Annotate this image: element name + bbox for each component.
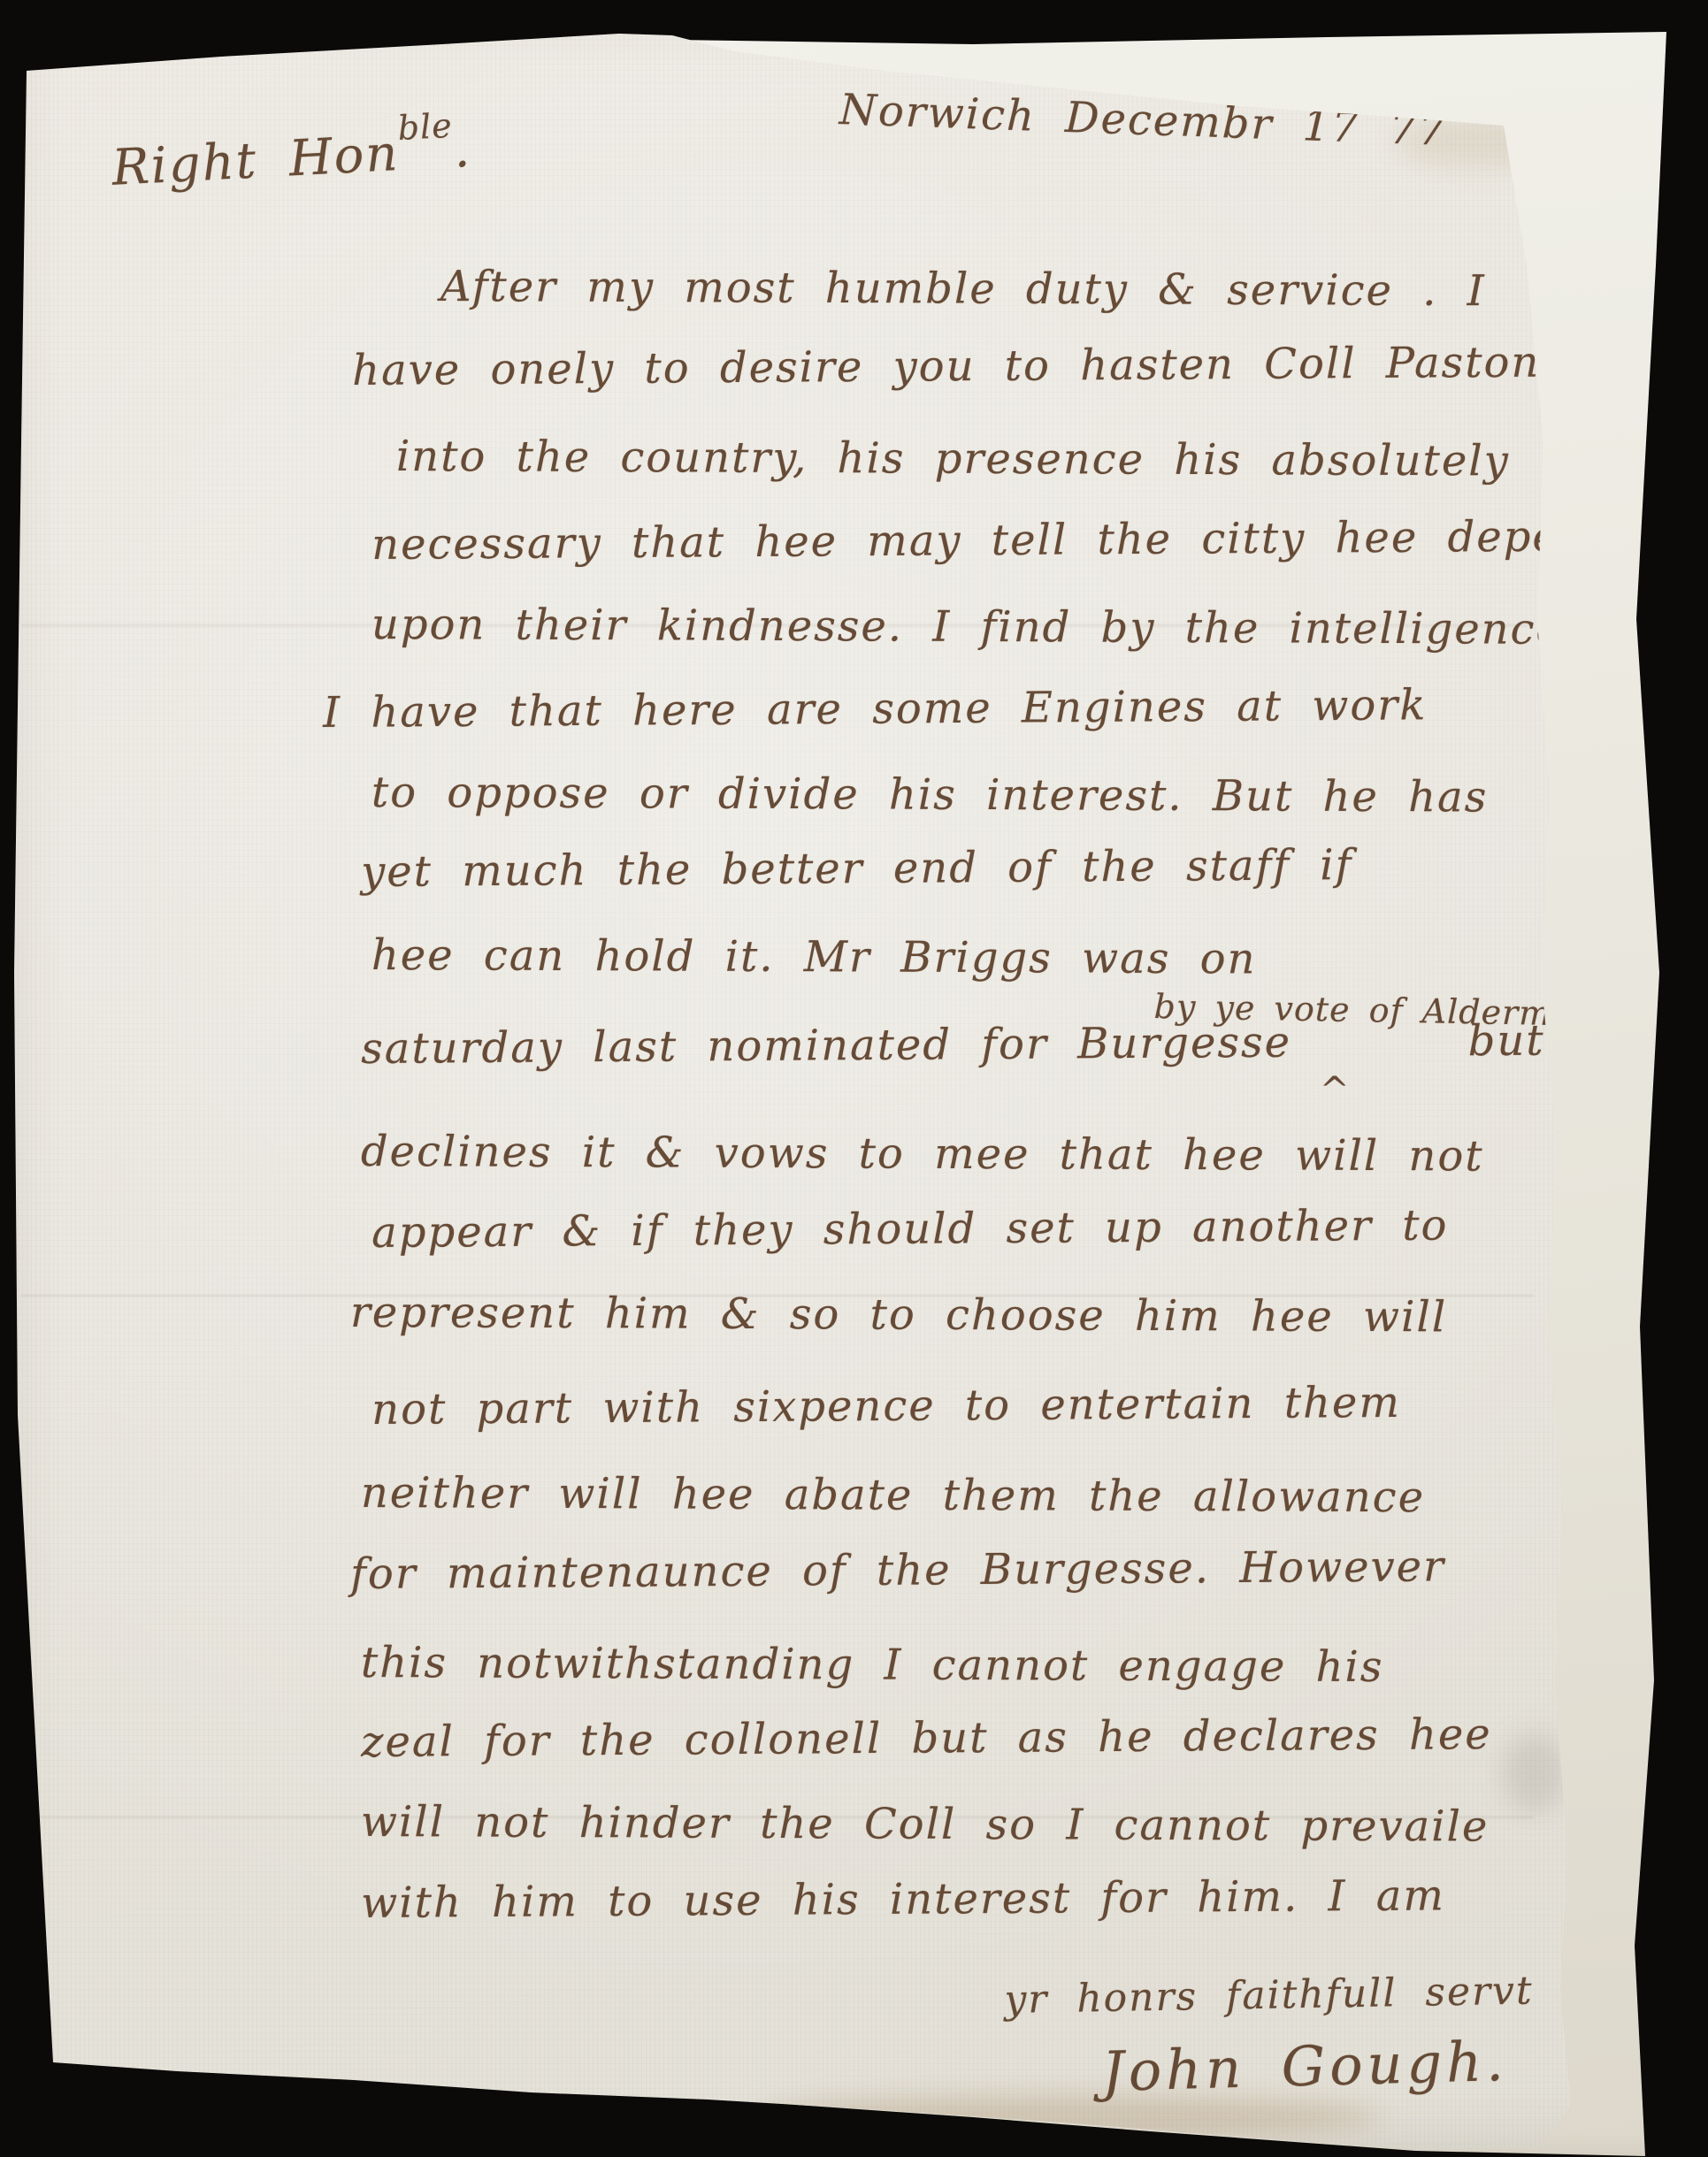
body-line-9: hee can hold it. Mr Briggs was on bbox=[371, 934, 1257, 980]
body-line-2: have onely to desire you to hasten Coll … bbox=[352, 341, 1540, 392]
insertion-caret: ^ bbox=[1320, 1070, 1352, 1111]
body-line-12: appear & if they should set up another t… bbox=[371, 1205, 1449, 1254]
body-line-15: neither will hee abate them the allowanc… bbox=[361, 1472, 1425, 1518]
body-line-13: represent him & so to choose him hee wil… bbox=[350, 1291, 1447, 1338]
salutation-superscript: ble bbox=[397, 106, 454, 148]
body-line-6: I have that here are some Engines at wor… bbox=[323, 684, 1427, 734]
letter-page: BL/Y/2/45 Right Honble. Norwich Decembr … bbox=[0, 0, 1708, 2157]
body-line-14: not part with sixpence to entertain them bbox=[371, 1381, 1401, 1431]
body-line-16: for maintenaunce of the Burgesse. Howeve… bbox=[350, 1545, 1445, 1595]
body-line-1: After my most humble duty & service . I bbox=[440, 265, 1486, 312]
photograph-background: BL/Y/2/45 Right Honble. Norwich Decembr … bbox=[0, 0, 1708, 2157]
body-line-19: will not hinder the Coll so I cannot pre… bbox=[361, 1801, 1490, 1848]
body-line-7: to oppose or divide his interest. But he… bbox=[371, 771, 1489, 819]
body-line-4: necessary that hee may tell the citty he… bbox=[371, 515, 1641, 566]
body-line-5: upon their kindnesse. I find by the inte… bbox=[371, 603, 1563, 651]
salutation-period: . bbox=[452, 121, 472, 180]
signature: John Gough. bbox=[1101, 2029, 1509, 2104]
body-line-18: zeal for the collonell but as he declare… bbox=[361, 1713, 1492, 1763]
body-line-3: into the country, his presence his absol… bbox=[396, 435, 1510, 482]
body-line-8: yet much the better end of the staff if bbox=[361, 844, 1353, 893]
body-line-11: declines it & vows to mee that hee will … bbox=[361, 1130, 1484, 1178]
body-line-17: this notwithstanding I cannot engage his bbox=[361, 1641, 1384, 1688]
interlineation: by ye vote of Alderm bbox=[1153, 987, 1551, 1033]
salutation: Right Honble. bbox=[111, 121, 473, 197]
salutation-text: Right Hon bbox=[111, 125, 401, 197]
pencil-smudge bbox=[1504, 1733, 1566, 1813]
paper-stain bbox=[761, 2094, 1380, 2140]
body-line-20: with him to use his interest for him. I … bbox=[361, 1874, 1445, 1924]
closing-line: yr honrs faithfull servt bbox=[1004, 1969, 1534, 2023]
